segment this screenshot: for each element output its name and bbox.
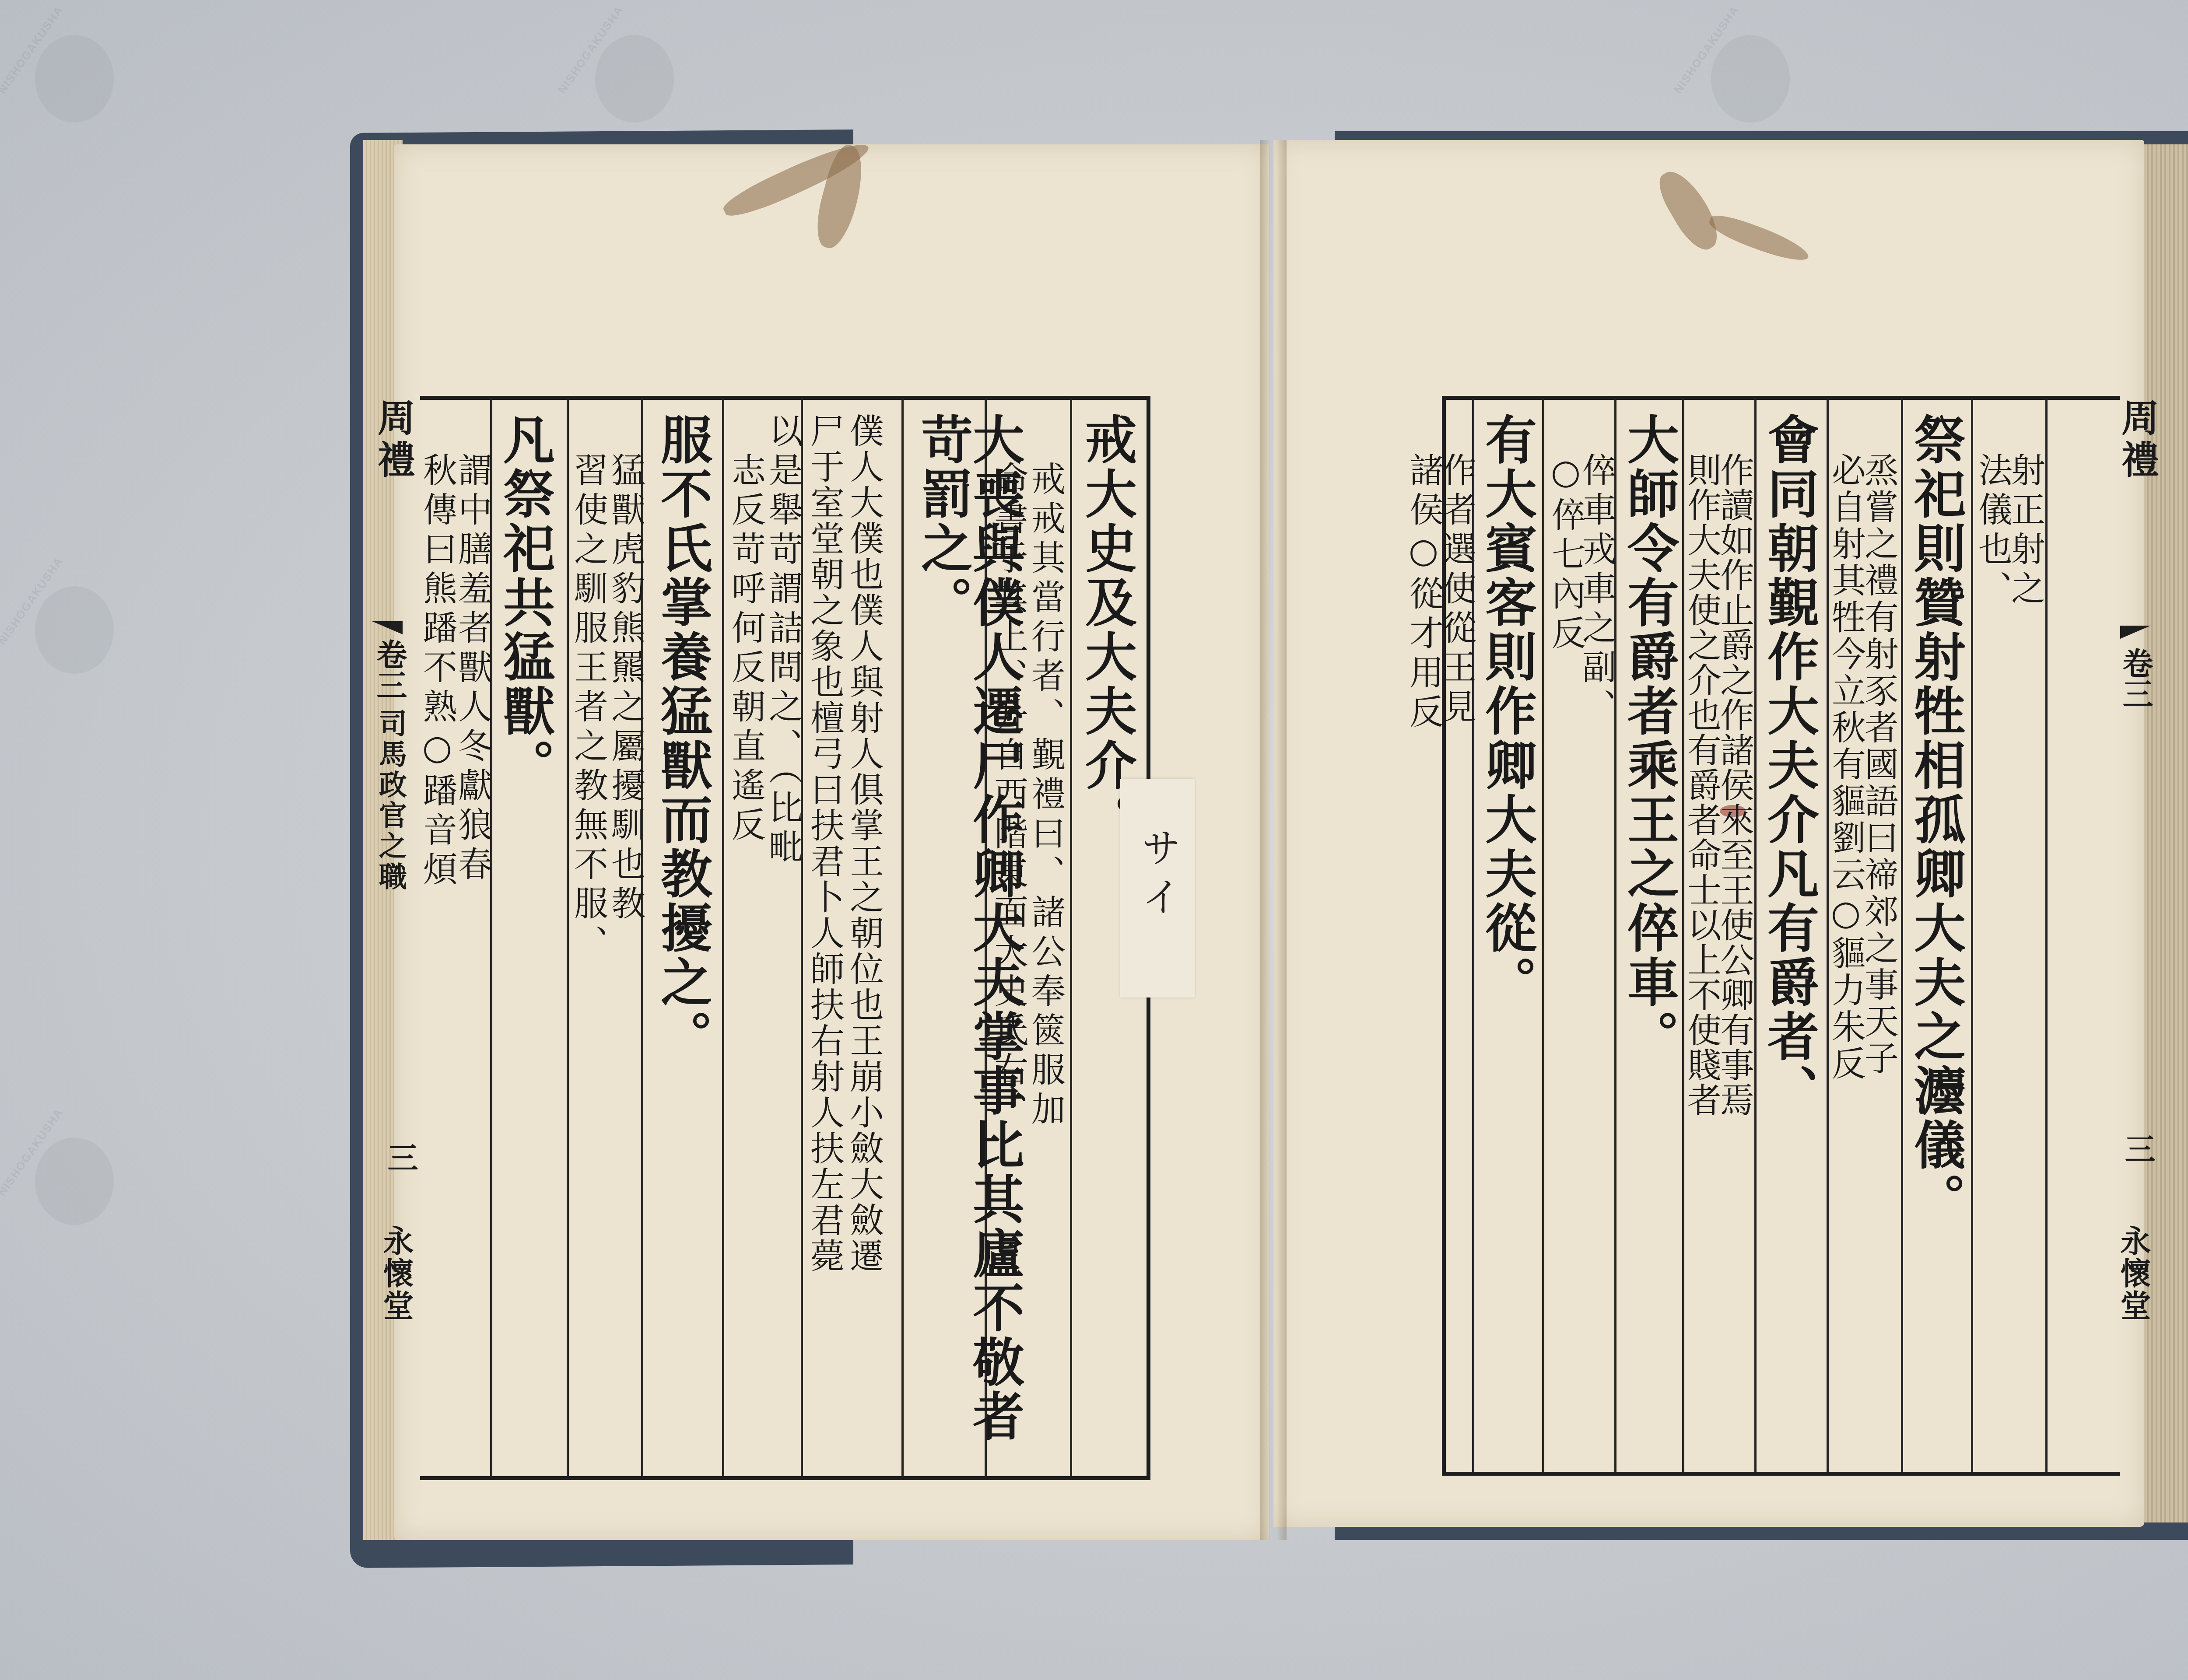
column-rule <box>1542 400 1544 1472</box>
main-text-column: 祭祀則贊射牲相孤卿大夫之灋儀。 <box>1910 413 1961 1227</box>
folio-number: 三 <box>385 1142 416 1172</box>
margin-book-title: 周禮 <box>374 398 412 482</box>
commentary-line: 習使之馴服王者之教無不服、 <box>571 452 605 964</box>
main-text-column: 大喪與僕人遷尸作卿大夫掌事比其廬不敬者苛罰之。 <box>917 413 1020 1476</box>
publisher-mark: 永懷堂 <box>2118 1225 2149 1322</box>
commentary-line: 秋傳曰熊蹯不熟○蹯音煩 <box>420 452 454 891</box>
commentary-line: 烝嘗之禮有射豕者國語曰禘郊之事天子 <box>1862 452 1896 1077</box>
commentary-line: 作讀如作止爵之作諸侯來至王使公卿有事焉 <box>1717 452 1751 1117</box>
commentary-line: 尸于室堂朝之象也檀弓曰扶君卜人師扶右射人扶左君薨 <box>807 413 842 1274</box>
commentary-line: 僕人大僕也僕人與射人俱掌王之朝位也王崩小斂大斂遷 <box>847 413 881 1274</box>
commentary-line: 以是舉苛謂詰問之、（比毗 <box>766 413 800 868</box>
commentary-line: 作者選使從王見 <box>1439 452 1473 728</box>
commentary-line: 法儀也、 <box>1975 452 2009 610</box>
commentary-line: 戒戒其當行者、覲禮曰、諸公奉篋服加 <box>1028 461 1062 1130</box>
commentary-line: 猛獸虎豹熊羆之屬擾馴也教 <box>608 452 642 925</box>
publisher-mark: 永懷堂 <box>381 1225 411 1322</box>
commentary-line: 射正射之 <box>2008 452 2042 610</box>
left-page-printed-frame: 戒大史及大夫介。 戒戒其當行者、覲禮曰、諸公奉篋服加 命書于其上、升自西階東面大… <box>420 396 1150 1480</box>
column-rule <box>1754 400 1757 1472</box>
main-text-column: 服不氏掌養猛獸而教擾之。 <box>656 413 708 1064</box>
right-page-columns: 射正射之 法儀也、 祭祀則贊射牲相孤卿大夫之灋儀。 烝嘗之禮有射豕者國語曰禘郊之… <box>1446 400 2120 1472</box>
main-text-column: 會同朝覲作大夫介凡有爵者、 <box>1763 413 1815 1118</box>
commentary-line: 必自射其牲今立秋有貙劉云○貙力朱反 <box>1829 452 1863 1082</box>
left-page-columns: 戒大史及大夫介。 戒戒其當行者、覲禮曰、諸公奉篋服加 命書于其上、升自西階東面大… <box>420 400 1147 1476</box>
handwritten-katakana: サイ <box>1138 827 1178 925</box>
main-text-column: 凡祭祀共猛獸。 <box>499 413 551 793</box>
commentary-line: 則作大夫使之介也有爵者命士以上不使賤者 <box>1684 452 1718 1117</box>
column-rule <box>2045 400 2048 1472</box>
column-rule <box>901 400 904 1476</box>
commentary-line: ○倅七內反 <box>1549 452 1583 654</box>
book-gutter <box>1260 140 1287 1540</box>
margin-book-title: 周禮 <box>2118 398 2156 482</box>
column-rule <box>722 400 724 1476</box>
margin-section: 司馬政官之職 <box>376 709 404 892</box>
handwritten-paper-slip: サイ <box>1120 779 1195 997</box>
margin-volume: 卷三 <box>374 639 405 700</box>
right-page-printed-frame: 射正射之 法儀也、 祭祀則贊射牲相孤卿大夫之灋儀。 烝嘗之禮有射豕者國語曰禘郊之… <box>1442 396 2120 1476</box>
main-text-column: 有大賓客則作卿大夫從。 <box>1481 413 1532 1010</box>
margin-volume: 卷三 <box>2120 647 2151 709</box>
column-rule <box>1070 400 1072 1476</box>
commentary-line: 謂中膳羞者獸人冬獻狼春 <box>455 452 489 885</box>
folio-number: 三 <box>2122 1133 2153 1164</box>
column-rule <box>1901 400 1903 1472</box>
commentary-line: 志反苛呼何反朝直遙反 <box>729 452 763 846</box>
main-text-column: 大師令有爵者乘王之倅車。 <box>1623 413 1675 1064</box>
commentary-line: 諸侯○從才用反 <box>1406 452 1441 733</box>
